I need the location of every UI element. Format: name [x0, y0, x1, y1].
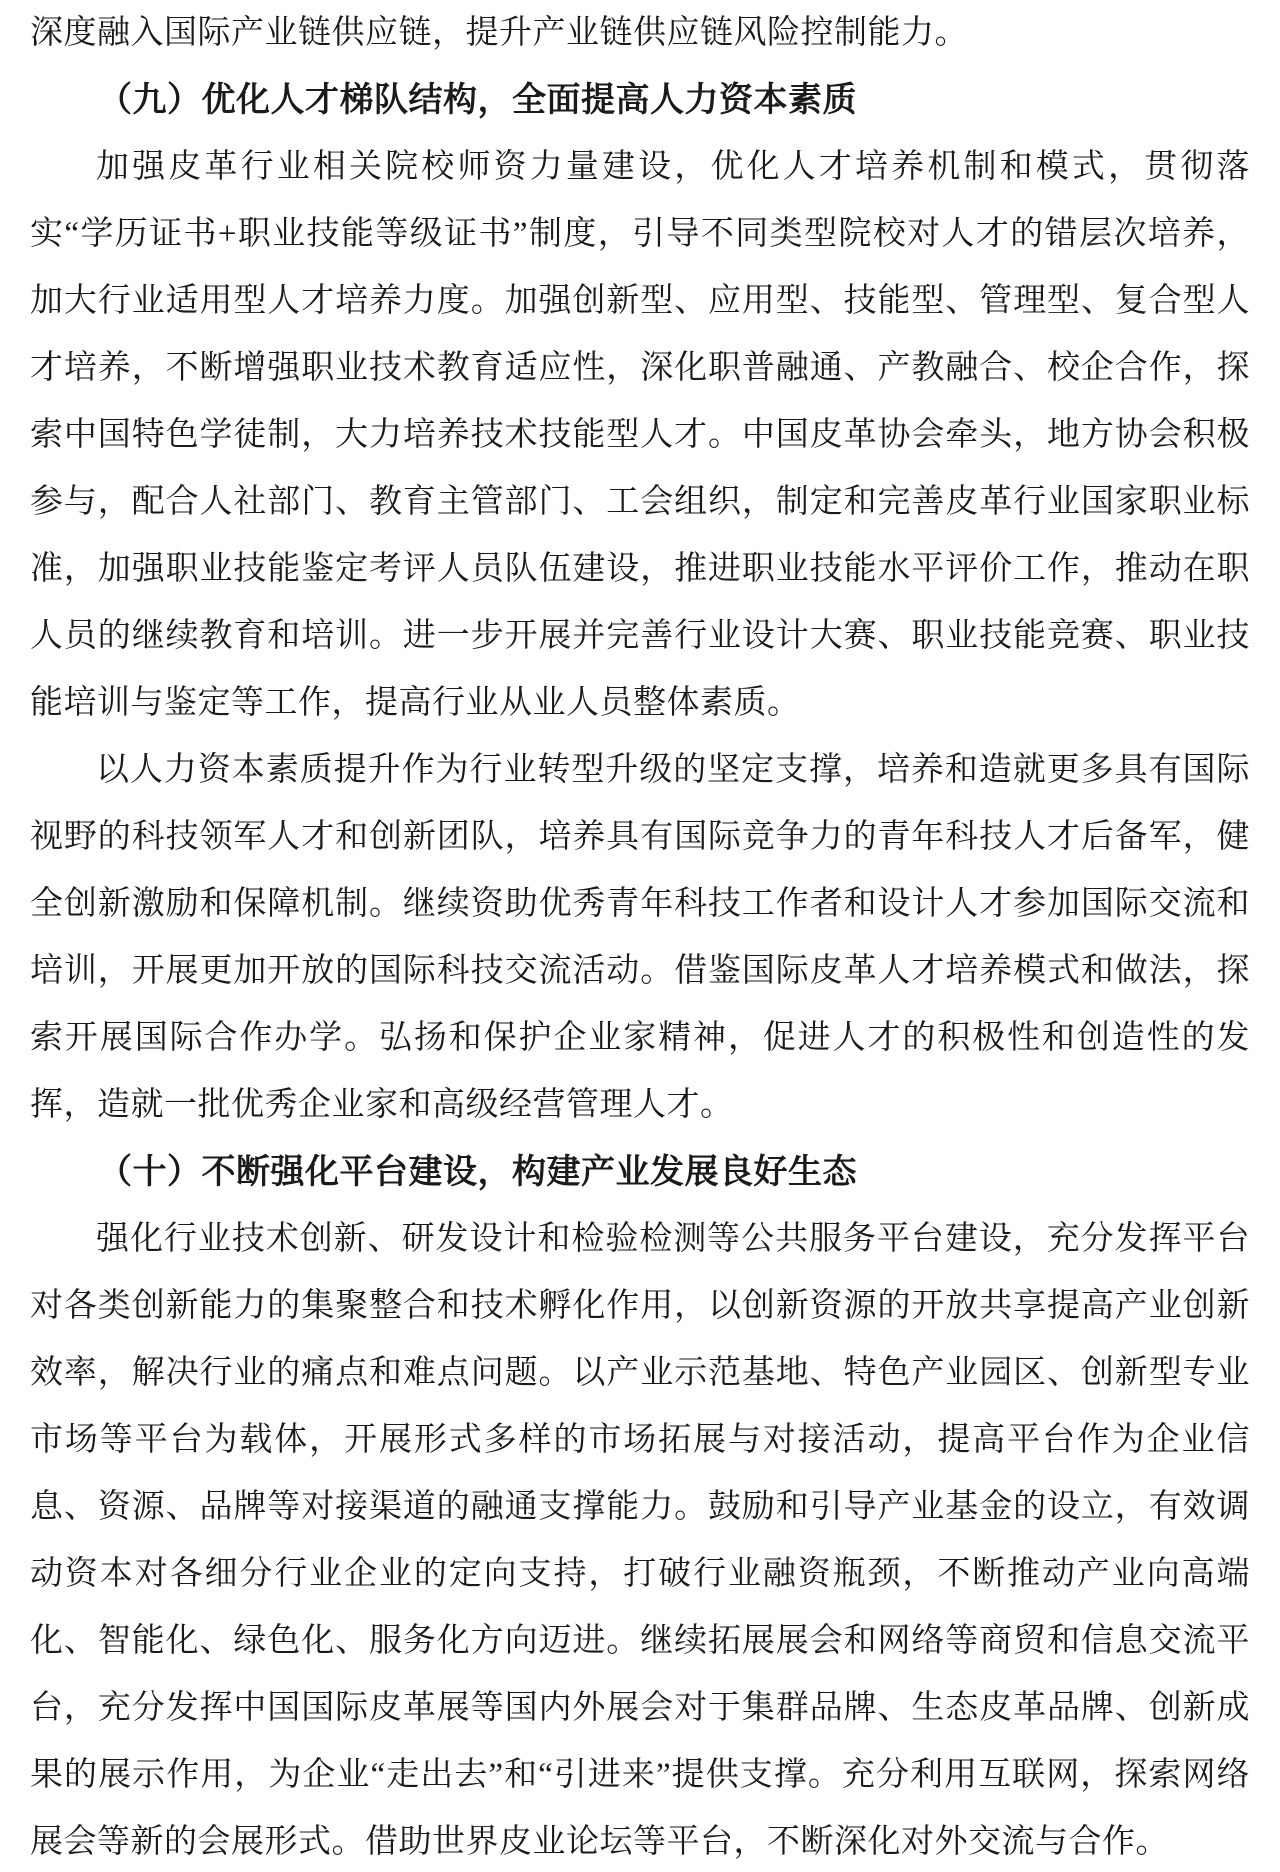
paragraph-continuation: 深度融入国际产业链供应链，提升产业链供应链风险控制能力。 — [30, 0, 1250, 67]
section-heading-9: （九）优化人才梯队结构，全面提高人力资本素质 — [30, 67, 1250, 134]
paragraph-human-capital: 以人力资本素质提升作为行业转型升级的坚定支撑，培养和造就更多具有国际视野的科技领… — [30, 737, 1250, 1139]
paragraph-talent-training: 加强皮革行业相关院校师资力量建设，优化人才培养机制和模式，贯彻落实“学历证书+职… — [30, 134, 1250, 737]
section-heading-10: （十）不断强化平台建设，构建产业发展良好生态 — [30, 1139, 1250, 1206]
document-page: 深度融入国际产业链供应链，提升产业链供应链风险控制能力。 （九）优化人才梯队结构… — [30, 0, 1250, 1872]
paragraph-platform-building: 强化行业技术创新、研发设计和检验检测等公共服务平台建设，充分发挥平台对各类创新能… — [30, 1206, 1250, 1872]
